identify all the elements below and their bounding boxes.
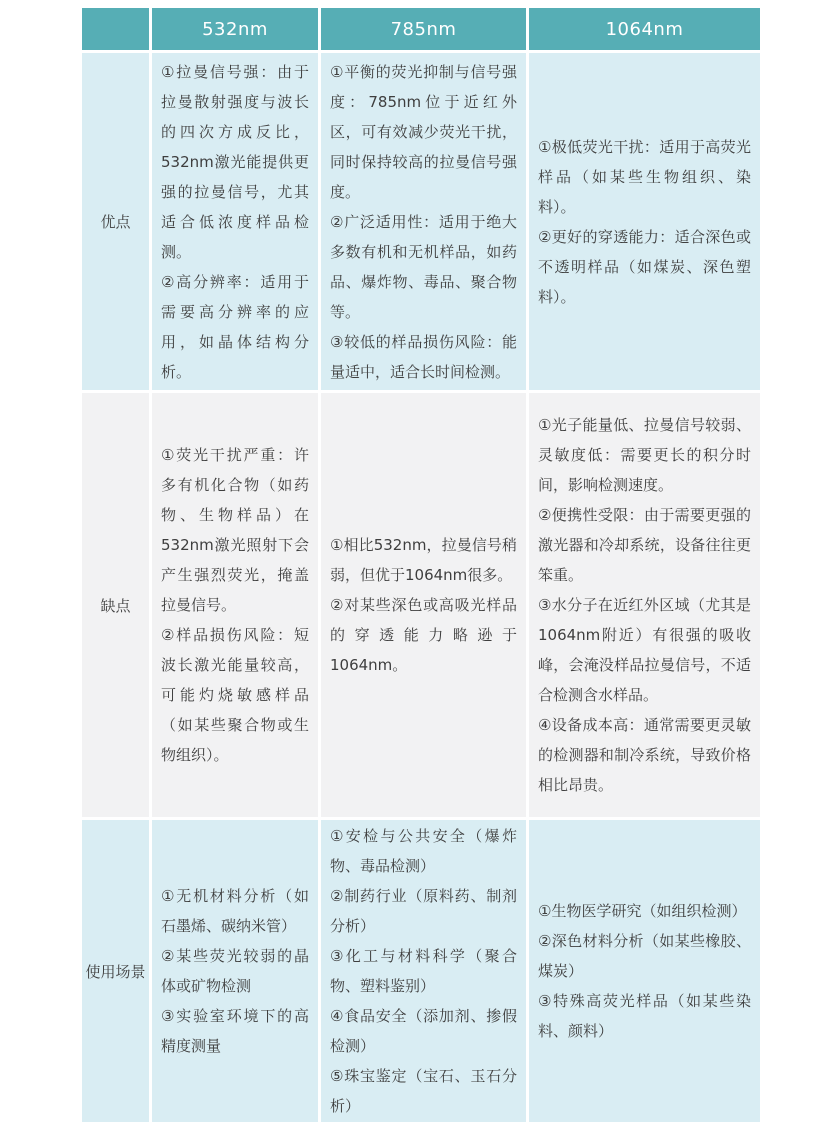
header-corner-cell (82, 8, 149, 50)
cell-advantages-1064nm: ①极低荧光干扰：适用于高荧光样品（如某些生物组织、染料）。 ②更好的穿透能力：适… (529, 53, 760, 390)
disadvantages-785nm-text: ①相比532nm，拉曼信号稍弱，但优于1064nm很多。 ②对某些深色或高吸光样… (330, 530, 517, 680)
cell-disadvantages-785nm: ①相比532nm，拉曼信号稍弱，但优于1064nm很多。 ②对某些深色或高吸光样… (321, 393, 526, 817)
row-label-advantages: 优点 (82, 53, 149, 390)
header-785nm: 785nm (321, 8, 526, 50)
advantages-1064nm-text: ①极低荧光干扰：适用于高荧光样品（如某些生物组织、染料）。 ②更好的穿透能力：适… (538, 132, 751, 312)
disadvantages-1064nm-text: ①光子能量低、拉曼信号较弱、灵敏度低：需要更长的积分时间，影响检测速度。 ②便携… (538, 410, 751, 800)
row-label-disadvantages: 缺点 (82, 393, 149, 817)
wavelength-comparison-table: 532nm 785nm 1064nm 优点 ①拉曼信号强：由于拉曼散射强度与波长… (82, 8, 760, 1122)
disadvantages-532nm-text: ①荧光干扰严重：许多有机化合物（如药物、生物样品）在532nm激光照射下会产生强… (161, 440, 309, 770)
header-532nm: 532nm (152, 8, 318, 50)
cell-usage-785nm: ①安检与公共安全（爆炸物、毒品检测） ②制药行业（原料药、制剂分析） ③化工与材… (321, 820, 526, 1122)
cell-advantages-532nm: ①拉曼信号强：由于拉曼散射强度与波长的四次方成反比，532nm激光能提供更强的拉… (152, 53, 318, 390)
cell-usage-532nm: ①无机材料分析（如石墨烯、碳纳米管） ②某些荧光较弱的晶体或矿物检测 ③实验室环… (152, 820, 318, 1122)
advantages-785nm-text: ①平衡的荧光抑制与信号强度：785nm位于近红外区，可有效减少荧光干扰，同时保持… (330, 57, 517, 387)
row-label-usage: 使用场景 (82, 820, 149, 1122)
usage-532nm-text: ①无机材料分析（如石墨烯、碳纳米管） ②某些荧光较弱的晶体或矿物检测 ③实验室环… (161, 881, 309, 1061)
cell-usage-1064nm: ①生物医学研究（如组织检测） ②深色材料分析（如某些橡胶、煤炭） ③特殊高荧光样… (529, 820, 760, 1122)
header-1064nm: 1064nm (529, 8, 760, 50)
cell-disadvantages-1064nm: ①光子能量低、拉曼信号较弱、灵敏度低：需要更长的积分时间，影响检测速度。 ②便携… (529, 393, 760, 817)
cell-advantages-785nm: ①平衡的荧光抑制与信号强度：785nm位于近红外区，可有效减少荧光干扰，同时保持… (321, 53, 526, 390)
advantages-532nm-text: ①拉曼信号强：由于拉曼散射强度与波长的四次方成反比，532nm激光能提供更强的拉… (161, 57, 309, 387)
usage-785nm-text: ①安检与公共安全（爆炸物、毒品检测） ②制药行业（原料药、制剂分析） ③化工与材… (330, 821, 517, 1121)
usage-1064nm-text: ①生物医学研究（如组织检测） ②深色材料分析（如某些橡胶、煤炭） ③特殊高荧光样… (538, 896, 751, 1046)
cell-disadvantages-532nm: ①荧光干扰严重：许多有机化合物（如药物、生物样品）在532nm激光照射下会产生强… (152, 393, 318, 817)
